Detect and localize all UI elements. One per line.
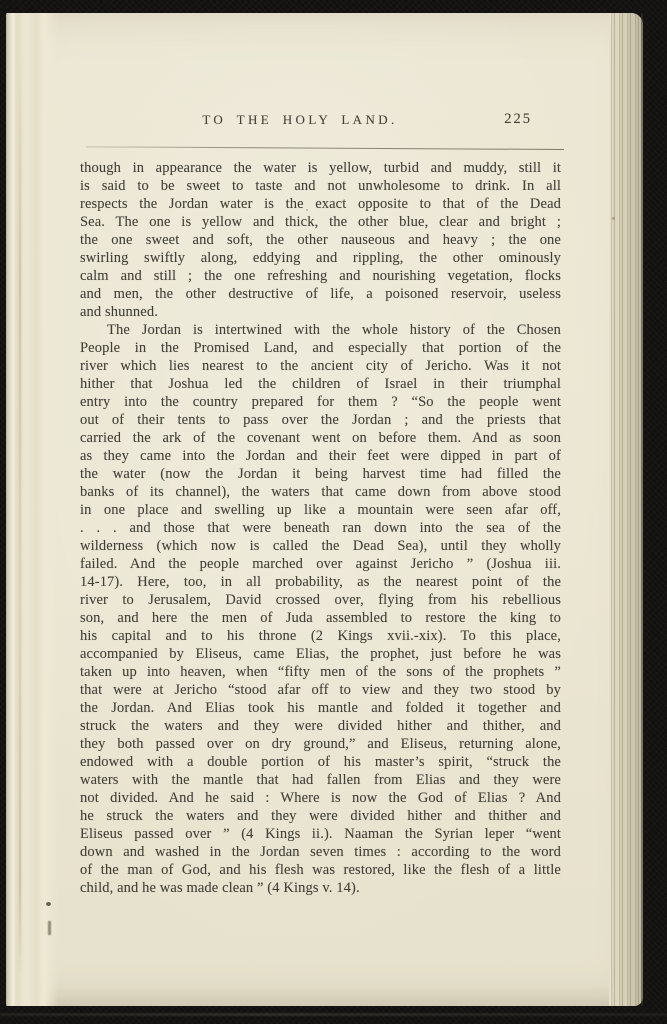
text-line: struck the waters and they were divided … <box>80 717 561 735</box>
text-line: respects the Jordan water is the exact o… <box>80 195 561 213</box>
scan-speck <box>378 345 380 347</box>
text-line: son, and here the men of Juda assembled … <box>80 609 561 627</box>
paragraph: The Jordan is intertwined with the whole… <box>80 321 561 897</box>
text-line: banks of its channel), the waters that c… <box>80 483 561 501</box>
text-line: and men, the other destructive of life, … <box>80 285 561 303</box>
text-line: as they came into the Jordan and their f… <box>80 447 561 465</box>
scan-speck <box>306 209 308 211</box>
text-line: not divided. And he said : Where is now … <box>80 789 561 807</box>
text-line: failed. And the people marched over agai… <box>80 555 561 573</box>
text-line: the Jordan. And Elias took his mantle an… <box>80 699 561 717</box>
text-line: he struck the waters and they were divid… <box>80 807 561 825</box>
text-line: wilderness (which now is called the Dead… <box>80 537 561 555</box>
scanned-book-page: TO THE HOLY LAND. 225 though in appearan… <box>6 13 643 1006</box>
text-line: swirling swiftly along, eddying and ripp… <box>80 249 561 267</box>
text-line: his capital and to his throne (2 Kings x… <box>80 627 561 645</box>
text-line: waters with the mantle that had fallen f… <box>80 771 561 789</box>
text-line: accompanied by Eliseus, came Elias, the … <box>80 645 561 663</box>
text-line: down and washed in the Jordan seven time… <box>80 843 561 861</box>
page-header: TO THE HOLY LAND. 225 <box>80 112 560 134</box>
text-line: of the man of God, and his flesh was res… <box>80 861 561 879</box>
text-line: and shunned. <box>80 303 561 321</box>
text-line: endowed with a double portion of his mas… <box>80 753 561 771</box>
page-edge-shadow <box>641 13 643 1006</box>
text-line: the one sweet and soft, the other nauseo… <box>80 231 561 249</box>
text-line: that were at Jericho “stood afar off to … <box>80 681 561 699</box>
running-title: TO THE HOLY LAND. <box>202 112 397 128</box>
text-line: in one place and swelling up like a moun… <box>80 501 561 519</box>
text-line: Sea. The one is yellow and thick, the ot… <box>80 213 561 231</box>
text-line: they both passed over on dry ground,” an… <box>80 735 561 753</box>
margin-mark <box>46 902 51 906</box>
header-rule <box>86 146 564 150</box>
margin-mark <box>48 921 51 935</box>
text-line: is said to be sweet to taste and not unw… <box>80 177 561 195</box>
text-line: taken up into heaven, when “fifty men of… <box>80 663 561 681</box>
text-line: though in appearance the water is yellow… <box>80 159 561 177</box>
text-line: 14-17). Here, too, in all probability, a… <box>80 573 561 591</box>
page-number: 225 <box>504 111 532 128</box>
text-line: out of their tents to pass over the Jord… <box>80 411 561 429</box>
text-line: river to Jerusalem, David crossed over, … <box>80 591 561 609</box>
text-line: calm and still ; the one refreshing and … <box>80 267 561 285</box>
text-line: the water (now the Jordan it being harve… <box>80 465 561 483</box>
text-line: child, and he was made clean ” (4 Kings … <box>80 879 561 897</box>
body-text: though in appearance the water is yellow… <box>80 159 561 897</box>
text-line: entry into the country prepared for them… <box>80 393 561 411</box>
page-gutter <box>6 13 58 1006</box>
cover-bottom-ridge <box>0 1013 667 1016</box>
text-line: People in the Promised Land, and especia… <box>80 339 561 357</box>
text-line: carried the ark of the covenant went on … <box>80 429 561 447</box>
text-line: river which lies nearest to the ancient … <box>80 357 561 375</box>
gutter-crease <box>19 53 21 976</box>
page-edge-stack <box>609 13 643 1006</box>
text-line: The Jordan is intertwined with the whole… <box>80 321 561 339</box>
text-line: hither that Joshua led the children of I… <box>80 375 561 393</box>
paragraph: though in appearance the water is yellow… <box>80 159 561 321</box>
scan-speck <box>612 217 615 220</box>
text-line: Eliseus passed over ” (4 Kings ii.). Naa… <box>80 825 561 843</box>
text-line: . . . and those that were beneath ran do… <box>80 519 561 537</box>
